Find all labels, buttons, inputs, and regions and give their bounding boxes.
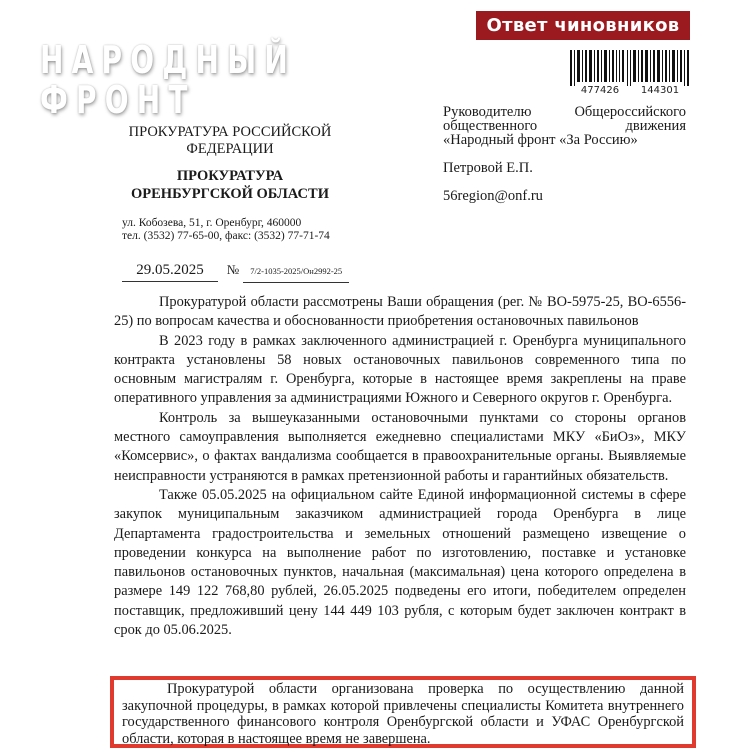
body-paragraph: Также 05.05.2025 на официальном сайте Ед… xyxy=(114,486,686,640)
sender-org-line2: ОРЕНБУРГСКОЙ ОБЛАСТИ xyxy=(100,185,360,203)
sender-parent-org: ПРОКУРАТУРА РОССИЙСКОЙ ФЕДЕРАЦИИ xyxy=(100,124,360,158)
sender-parent-org-line1: ПРОКУРАТУРА РОССИЙСКОЙ xyxy=(100,124,360,141)
body-paragraph: Прокуратурой области рассмотрены Ваши об… xyxy=(114,293,686,332)
logo-line-1: НАРОДНЫЙ xyxy=(40,40,296,80)
sender-contacts: ул. Кобозева, 51, г. Оренбург, 460000 те… xyxy=(100,217,360,243)
sender-address: ул. Кобозева, 51, г. Оренбург, 460000 xyxy=(122,217,360,230)
recipient-line3: «Народный фронт «За Россию» xyxy=(443,133,686,147)
highlighted-paragraph: Прокуратурой области организована провер… xyxy=(114,680,692,747)
document-number-field: №7/2-1035-2025/Он2992-25 xyxy=(218,259,358,283)
logo-line-2: ФРОНТ xyxy=(40,80,296,120)
sender-parent-org-line2: ФЕДЕРАЦИИ xyxy=(100,141,360,158)
registration-row: 29.05.2025 №7/2-1035-2025/Он2992-25 xyxy=(100,259,360,289)
sender-phones: тел. (3532) 77-65-00, факс: (3532) 77-71… xyxy=(122,230,360,243)
number-sign: № xyxy=(227,262,239,277)
document-date: 29.05.2025 xyxy=(122,259,218,282)
officials-response-badge: Ответ чиновников xyxy=(476,11,690,40)
narodny-front-logo: НАРОДНЫЙ ФРОНТ xyxy=(40,40,296,120)
body-paragraph: В 2023 году в рамках заключенного админи… xyxy=(114,332,686,409)
letter-body: Прокуратурой области рассмотрены Ваши об… xyxy=(114,293,686,640)
barcode-left-number: 477426 xyxy=(579,85,621,96)
barcode-right-number: 144301 xyxy=(639,85,681,96)
recipient-email: 56region@onf.ru xyxy=(443,189,686,203)
body-paragraph: Контроль за вышеуказанными остановочными… xyxy=(114,409,686,486)
recipient-line2: общественного движения xyxy=(443,119,686,133)
recipient-name: Петровой Е.П. xyxy=(443,161,686,175)
recipient-line1: Руководителю Общероссийского xyxy=(443,105,686,119)
barcode-icon xyxy=(570,50,690,86)
sender-block: ПРОКУРАТУРА РОССИЙСКОЙ ФЕДЕРАЦИИ ПРОКУРА… xyxy=(100,124,360,289)
barcode-numbers: 477426 144301 xyxy=(570,85,690,96)
highlighted-paragraph-frame: Прокуратурой области организована провер… xyxy=(110,676,696,748)
sender-org: ПРОКУРАТУРА ОРЕНБУРГСКОЙ ОБЛАСТИ xyxy=(100,167,360,203)
document-number: 7/2-1035-2025/Он2992-25 xyxy=(243,260,349,283)
barcode: 477426 144301 xyxy=(570,50,690,96)
sender-org-line1: ПРОКУРАТУРА xyxy=(100,167,360,185)
recipient-block: Руководителю Общероссийского общественно… xyxy=(443,105,686,203)
